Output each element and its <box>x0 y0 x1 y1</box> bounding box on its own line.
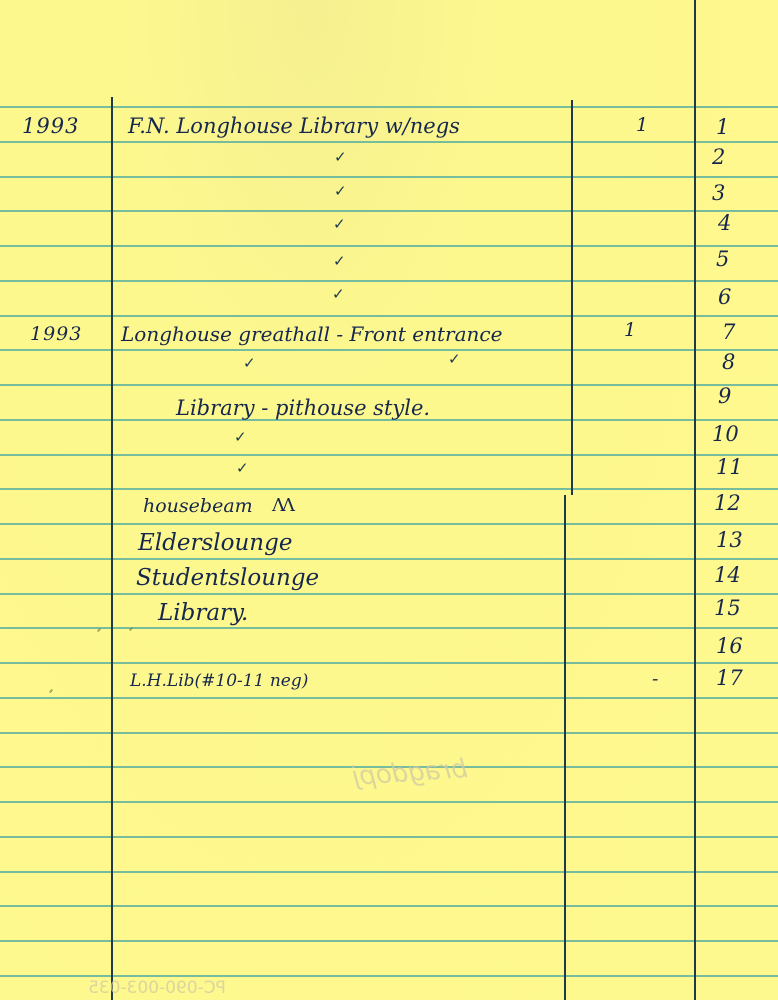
column-divider-qty <box>571 100 573 495</box>
entry-number: 7 <box>722 322 735 343</box>
entry-number: 15 <box>714 598 741 619</box>
entry-number: 16 <box>716 636 743 657</box>
rule-line <box>0 141 778 143</box>
entry-number: 5 <box>716 249 729 270</box>
entry-description: Longhouse greathall - Front entrance <box>121 324 502 344</box>
rule-line <box>0 315 778 317</box>
column-divider-qty-lower <box>564 495 566 1000</box>
checkmark-icon: ✓ <box>243 354 256 372</box>
checkmark-icon: ✓ <box>334 182 347 200</box>
entry-number: 13 <box>716 530 743 551</box>
rule-line <box>0 732 778 734</box>
rule-line <box>0 384 778 386</box>
stray-mark <box>97 628 101 632</box>
entry-number: 11 <box>716 457 743 478</box>
entry-qty: 1 <box>624 321 636 340</box>
rule-line <box>0 975 778 977</box>
entry-description: L.H.Lib(#10-11 neg) <box>130 673 308 690</box>
entry-number: 3 <box>712 183 725 204</box>
entry-qty: - <box>652 670 658 689</box>
column-divider-number <box>694 0 696 1000</box>
entry-number: 17 <box>716 668 743 689</box>
checkmark-icon: ✓ <box>332 285 345 303</box>
column-divider-year <box>111 97 113 1000</box>
rule-line <box>0 454 778 456</box>
entry-number: 10 <box>712 424 739 445</box>
entry-number: 8 <box>722 352 735 373</box>
entry-number: 12 <box>714 493 741 514</box>
checkmark-icon: ✓ <box>333 215 346 233</box>
stray-mark <box>49 689 53 693</box>
stray-mark <box>129 627 133 631</box>
entry-description: Studentslounge <box>136 567 319 590</box>
entry-number: 6 <box>718 287 731 308</box>
rule-line <box>0 280 778 282</box>
legal-pad-page: 1993 F.N. Longhouse Library w/negs 1 1 ✓… <box>0 0 778 1000</box>
checkmark-icon: ✓ <box>333 252 346 270</box>
bleed-through-signature: bragdopj <box>351 754 469 792</box>
rule-line <box>0 871 778 873</box>
entry-number: 1 <box>716 117 729 138</box>
rule-line <box>0 836 778 838</box>
entry-number: 14 <box>714 565 741 586</box>
rule-line <box>0 940 778 942</box>
checkmark-icon: ✓ <box>236 459 249 477</box>
checkmark-icon: ✓ <box>234 428 247 446</box>
rule-line <box>0 210 778 212</box>
checkmark-icon: ✓ <box>448 350 461 368</box>
entry-description: Library - pithouse style. <box>176 398 430 419</box>
checkmark-icon: ✓ <box>334 148 347 166</box>
rule-line <box>0 106 778 108</box>
bleed-through-catalog-number: PC-090-003-035 <box>88 978 226 998</box>
rule-line <box>0 801 778 803</box>
entry-year: 1993 <box>22 116 79 137</box>
entry-description: Elderslounge <box>138 532 292 555</box>
entry-qty: 1 <box>636 116 648 135</box>
rule-line <box>0 627 778 629</box>
entry-number: 4 <box>718 213 731 234</box>
entry-description: housebeam <box>143 497 253 516</box>
entry-description: F.N. Longhouse Library w/negs <box>128 116 460 137</box>
rule-line <box>0 176 778 178</box>
entry-number: 2 <box>712 147 725 168</box>
rule-line <box>0 349 778 351</box>
rule-line <box>0 905 778 907</box>
rule-line <box>0 558 778 560</box>
rule-line <box>0 488 778 490</box>
entry-year: 1993 <box>30 325 82 344</box>
rule-line <box>0 593 778 595</box>
rule-line <box>0 662 778 664</box>
beam-mark-icon: ΛΛ <box>272 497 292 515</box>
rule-line <box>0 697 778 699</box>
rule-line <box>0 523 778 525</box>
entry-number: 9 <box>718 386 731 407</box>
entry-description: Library. <box>158 602 248 625</box>
rule-line <box>0 245 778 247</box>
